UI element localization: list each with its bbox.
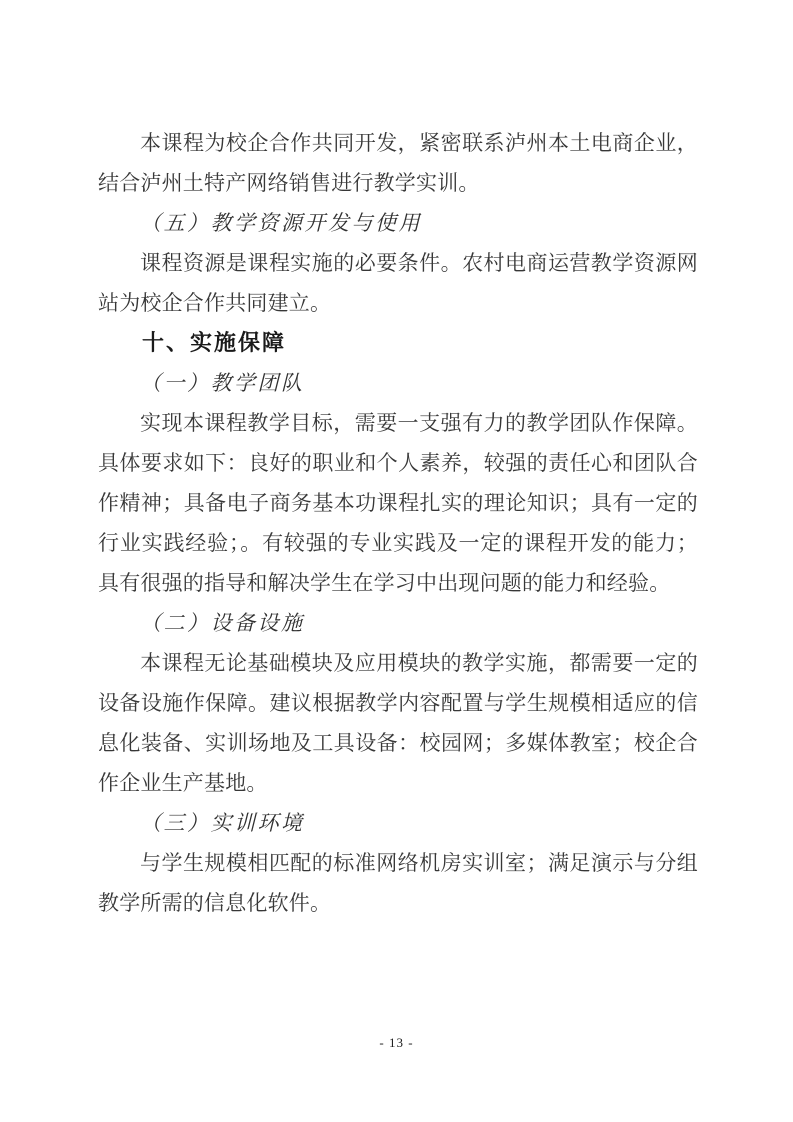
section-heading-teaching-team: （一）教学团队 xyxy=(98,363,698,403)
document-body: 本课程为校企合作共同开发，紧密联系泸州本土电商企业，结合泸州土特产网络销售进行教… xyxy=(98,123,698,923)
paragraph-equipment-facilities-details: 本课程无论基础模块及应用模块的教学实施，都需要一定的设备设施作保障。建议根据教学… xyxy=(98,643,698,803)
section-heading-equipment-facilities: （二）设备设施 xyxy=(98,603,698,643)
paragraph-course-co-development: 本课程为校企合作共同开发，紧密联系泸州本土电商企业，结合泸州土特产网络销售进行教… xyxy=(98,123,698,203)
paragraph-teaching-team-requirements: 实现本课程教学目标，需要一支强有力的教学团队作保障。具体要求如下：良好的职业和个… xyxy=(98,403,698,603)
document-page: 本课程为校企合作共同开发，紧密联系泸州本土电商企业，结合泸州土特产网络销售进行教… xyxy=(0,0,793,1122)
chapter-heading-implementation-guarantee: 十、实施保障 xyxy=(98,323,698,363)
section-heading-teaching-resources: （五）教学资源开发与使用 xyxy=(98,203,698,243)
page-footer: - 13 - xyxy=(0,1034,793,1052)
paragraph-course-resources: 课程资源是课程实施的必要条件。农村电商运营教学资源网站为校企合作共同建立。 xyxy=(98,243,698,323)
page-number: - 13 - xyxy=(379,1035,413,1050)
paragraph-training-environment-details: 与学生规模相匹配的标准网络机房实训室；满足演示与分组教学所需的信息化软件。 xyxy=(98,843,698,923)
section-heading-training-environment: （三）实训环境 xyxy=(98,803,698,843)
